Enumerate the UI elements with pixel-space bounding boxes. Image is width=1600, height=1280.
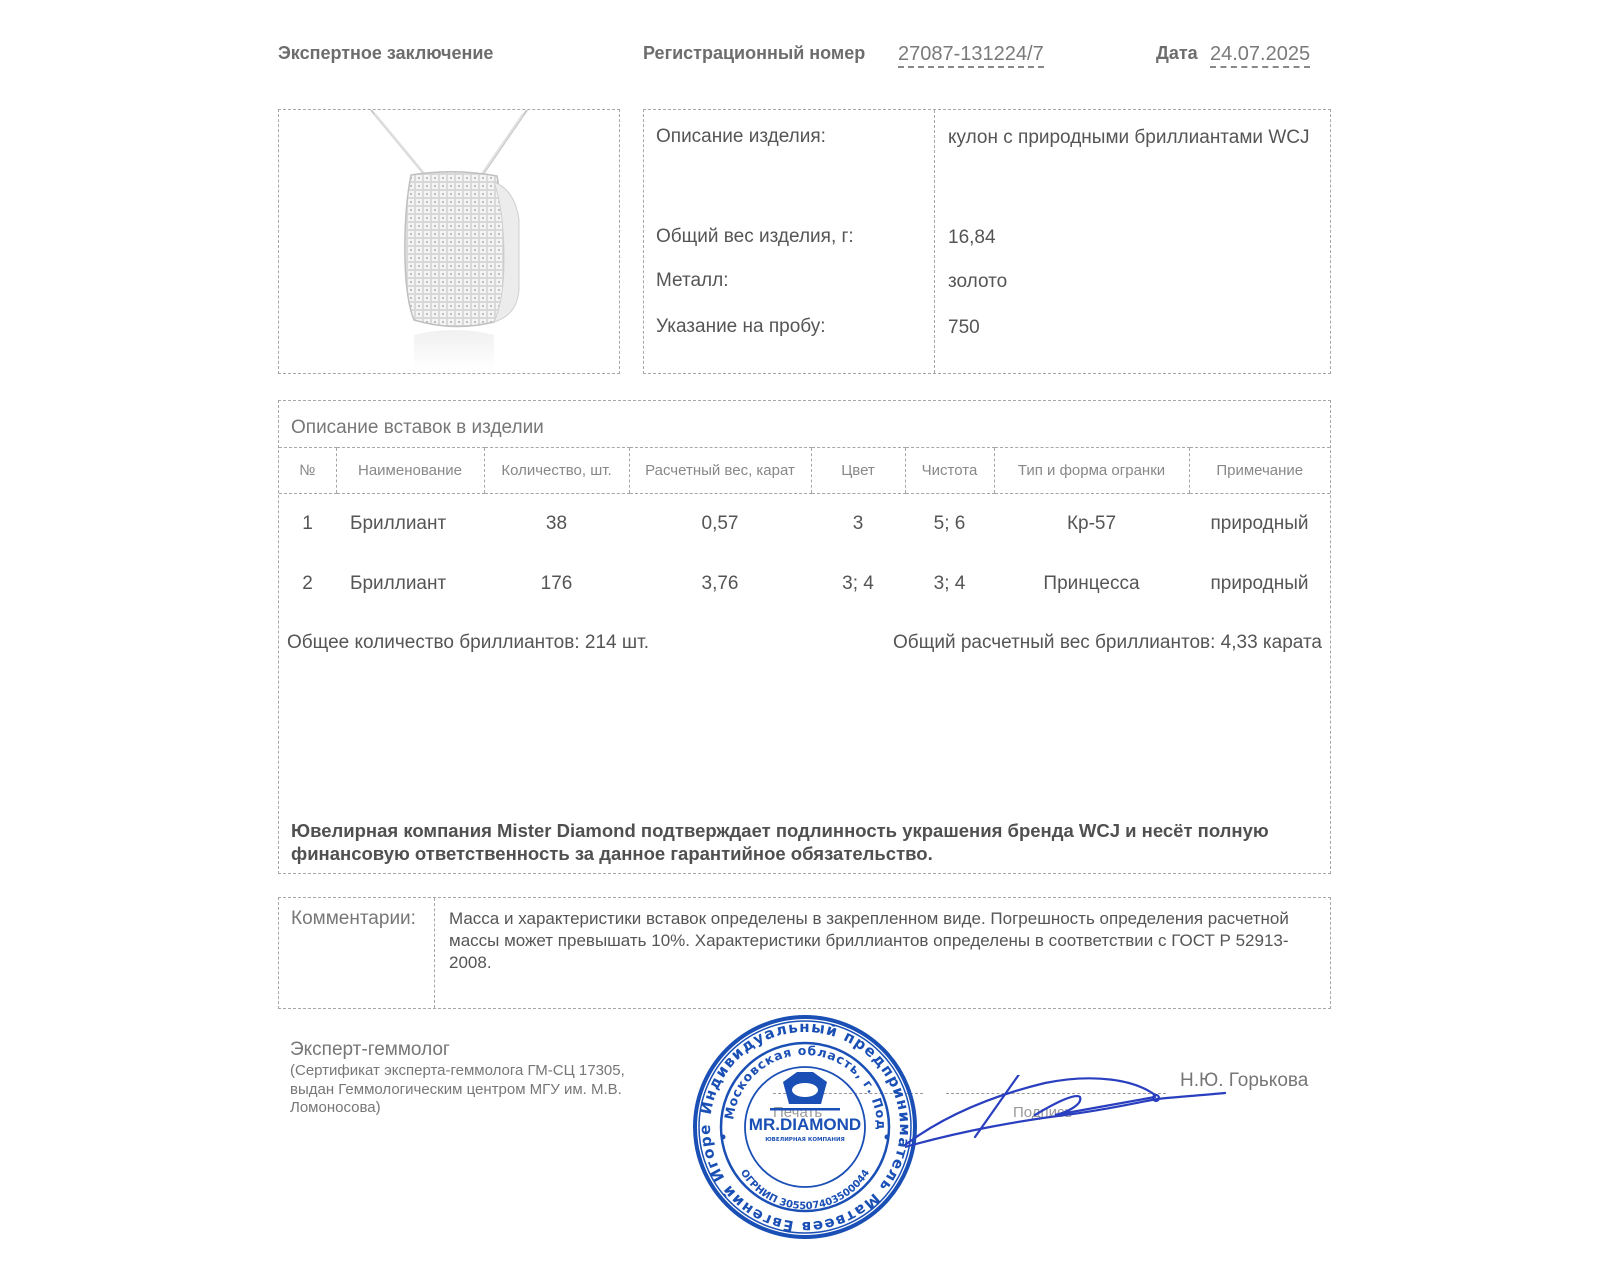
cell-color: 3; 4 <box>811 554 905 614</box>
signature-scribble-icon <box>905 1075 1245 1185</box>
cell-number: 2 <box>279 554 336 614</box>
table-row: 2 Бриллиант 176 3,76 3; 4 3; 4 Принцесса… <box>279 554 1330 614</box>
comments-label: Комментарии: <box>291 908 416 930</box>
cell-cut: Принцесса <box>994 554 1189 614</box>
product-photo <box>278 109 620 374</box>
item-properties: Описание изделия: кулон с природными бри… <box>643 109 1331 374</box>
handwritten-signature <box>905 1075 1245 1185</box>
comments-text: Масса и характеристики вставок определен… <box>449 908 1319 974</box>
cell-clarity: 5; 6 <box>905 494 994 554</box>
cell-clarity: 3; 4 <box>905 554 994 614</box>
inserts-section: Описание вставок в изделии № Наименовани… <box>278 400 1331 874</box>
hallmark-label: Указание на пробу: <box>656 316 826 338</box>
cell-cut: Кр-57 <box>994 494 1189 554</box>
metal-label: Металл: <box>656 270 728 292</box>
column-header: Наименование <box>336 448 484 494</box>
cell-number: 1 <box>279 494 336 554</box>
column-header: Количество, шт. <box>484 448 629 494</box>
stamp-brand-sub: ЮВЕЛИРНАЯ КОМПАНИЯ <box>765 1137 845 1143</box>
expert-title: Эксперт-геммолог <box>290 1039 450 1061</box>
cell-color: 3 <box>811 494 905 554</box>
comments-section: Комментарии: Масса и характеристики вста… <box>278 897 1331 1009</box>
expert-certificate: (Сертификат эксперта-геммолога ГМ-СЦ 173… <box>290 1062 670 1118</box>
cell-name: Бриллиант <box>336 494 484 554</box>
total-weight: Общий расчетный вес бриллиантов: 4,33 ка… <box>893 632 1322 654</box>
hallmark-value: 750 <box>948 316 1318 340</box>
column-header: № <box>279 448 336 494</box>
column-header: Чистота <box>905 448 994 494</box>
cell-name: Бриллиант <box>336 554 484 614</box>
table-row: 1 Бриллиант 38 0,57 3 5; 6 Кр-57 природн… <box>279 494 1330 554</box>
guarantee-statement: Ювелирная компания Mister Diamond подтве… <box>291 819 1311 865</box>
date-label: Дата <box>1156 43 1198 64</box>
weight-label: Общий вес изделия, г: <box>656 226 854 248</box>
column-header: Расчетный вес, карат <box>629 448 811 494</box>
reg-number-label: Регистрационный номер <box>643 43 865 64</box>
description-value: кулон с природными бриллиантами WCJ <box>948 126 1318 150</box>
column-divider <box>434 898 435 1008</box>
table-header-row: № Наименование Количество, шт. Расчетный… <box>279 448 1330 494</box>
stamp-brand: MR.DIAMOND <box>749 1115 861 1134</box>
column-header: Цвет <box>811 448 905 494</box>
reg-number-value: 27087-131224/7 <box>898 43 1044 68</box>
pendant-photo-icon <box>279 110 620 374</box>
weight-value: 16,84 <box>948 226 1318 250</box>
total-count: Общее количество бриллиантов: 214 шт. <box>287 632 649 654</box>
cell-weight: 0,57 <box>629 494 811 554</box>
document-title: Экспертное заключение <box>278 43 493 64</box>
date-value: 24.07.2025 <box>1210 43 1310 68</box>
cell-qty: 176 <box>484 554 629 614</box>
company-stamp: Индивидуальный предприниматель Матвеев Е… <box>690 1012 920 1242</box>
cell-qty: 38 <box>484 494 629 554</box>
metal-value: золото <box>948 270 1318 294</box>
cell-weight: 3,76 <box>629 554 811 614</box>
inserts-table: № Наименование Количество, шт. Расчетный… <box>279 447 1330 614</box>
cell-note: природный <box>1189 554 1330 614</box>
diamond-logo-icon <box>770 1072 840 1111</box>
inserts-title: Описание вставок в изделии <box>291 417 544 439</box>
column-header: Тип и форма огранки <box>994 448 1189 494</box>
description-label: Описание изделия: <box>656 126 826 148</box>
stamp-seal-icon: Индивидуальный предприниматель Матвеев Е… <box>690 1012 920 1242</box>
column-header: Примечание <box>1189 448 1330 494</box>
column-divider <box>934 110 935 373</box>
cell-note: природный <box>1189 494 1330 554</box>
